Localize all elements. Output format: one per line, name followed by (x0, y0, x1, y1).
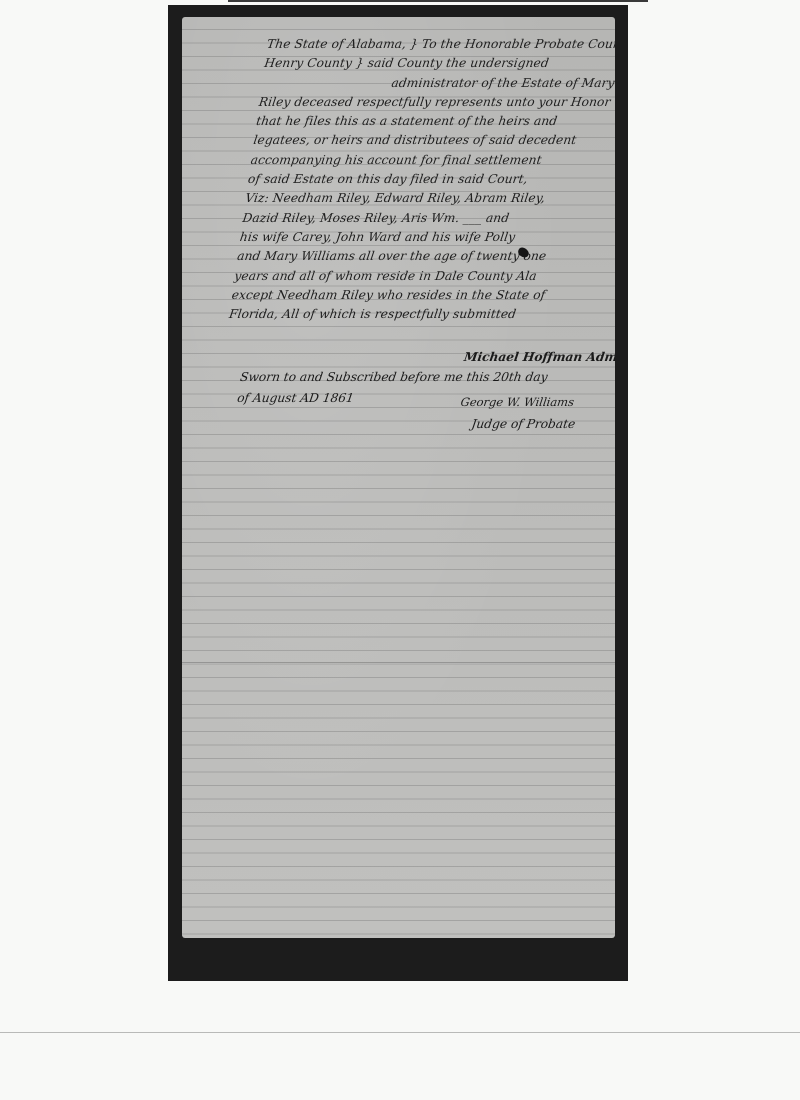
body-line: accompanying his account for final settl… (249, 151, 612, 170)
judge-signature: George W. Williams (460, 395, 575, 409)
body-line: legatees, or heirs and distributees of s… (252, 131, 615, 150)
body-line: that he files this as a statement of the… (255, 112, 615, 131)
body-line: years and all of whom reside in Dale Cou… (233, 267, 596, 286)
body-line: Henry County } said County the undersign… (263, 54, 615, 73)
body-line: Viz: Needham Riley, Edward Riley, Abram … (244, 189, 607, 208)
ruled-paper: The State of Alabama, } To the Honorable… (182, 17, 615, 938)
paper-fold-line (182, 662, 615, 664)
sworn-date-line: of August AD 1861 (236, 391, 354, 405)
scan-top-edge (228, 0, 648, 2)
body-line: Florida, All of which is respectfully su… (228, 305, 591, 324)
body-line: except Needham Riley who resides in the … (230, 286, 593, 305)
document-frame: The State of Alabama, } To the Honorable… (168, 5, 628, 981)
body-line: Dazid Riley, Moses Riley, Aris Wm. ___ a… (241, 209, 604, 228)
body-line: his wife Carey, John Ward and his wife P… (239, 228, 602, 247)
petition-body: The State of Alabama, } To the Honorable… (228, 35, 615, 324)
administrator-signature: Michael Hoffman Adm'r (463, 350, 615, 364)
body-line: The State of Alabama, } To the Honorable… (266, 35, 615, 54)
sworn-statement-line: Sworn to and Subscribed before me this 2… (239, 370, 548, 384)
body-line: Riley deceased respectfully represents u… (257, 93, 615, 112)
body-line: administrator of the Estate of Mary (260, 74, 615, 93)
body-line: of said Estate on this day filed in said… (247, 170, 610, 189)
body-line: and Mary Williams all over the age of tw… (236, 247, 599, 266)
judge-title: Judge of Probate (471, 417, 577, 431)
scan-page-edge-line (0, 1032, 800, 1033)
